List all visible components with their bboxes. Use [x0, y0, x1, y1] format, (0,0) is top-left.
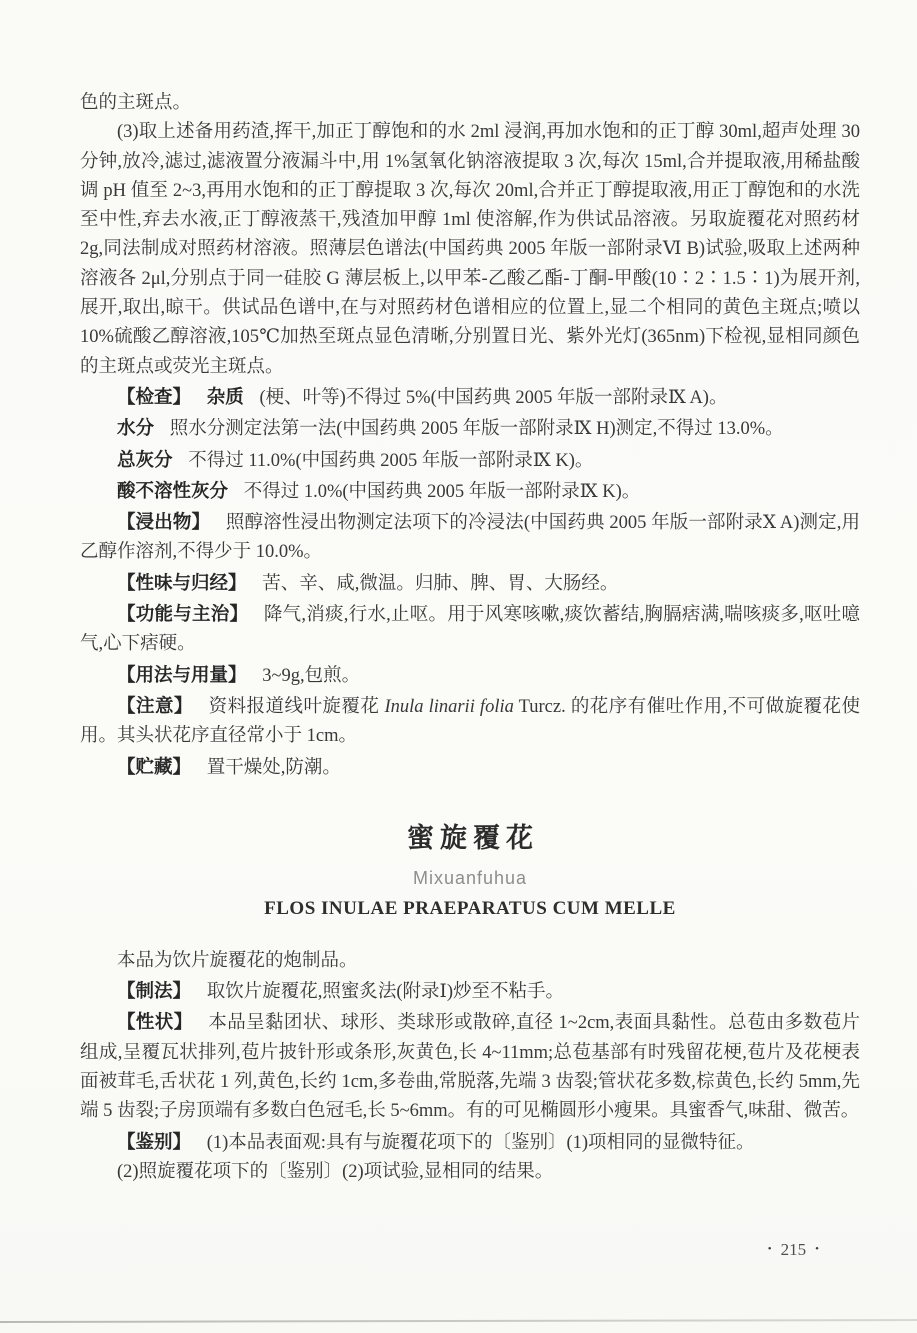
paragraph-inspection: 【检查】杂质(梗、叶等)不得过 5%(中国药典 2005 年版一部附录Ⅸ A)。 — [80, 382, 860, 413]
paragraph-description-intro: 本品为饮片旋覆花的炮制品。 — [80, 947, 860, 976]
section-label-extractives: 【浸出物】 — [117, 511, 210, 532]
total-ash-limit-text: 不得过 11.0%(中国药典 2005 年版一部附录Ⅸ K)。 — [188, 451, 593, 471]
paragraph-property-meridian: 【性味与归经】苦、辛、咸,微温。归肺、脾、胃、大肠经。 — [80, 568, 860, 599]
storage-text: 置干燥处,防潮。 — [207, 758, 341, 778]
paragraph-functions-indications: 【功能与主治】降气,消痰,行水,止呕。用于风寒咳嗽,痰饮蓄结,胸膈痞满,喘咳痰多… — [80, 599, 860, 660]
page-number: •215• — [759, 1240, 828, 1260]
paragraph-preparation-method: 【制法】取饮片旋覆花,照蜜炙法(附录Ⅰ)炒至不粘手。 — [80, 976, 860, 1007]
paragraph-total-ash: 总灰分不得过 11.0%(中国药典 2005 年版一部附录Ⅸ K)。 — [80, 445, 860, 476]
monograph-title-pinyin: Mixuanfuhua — [80, 867, 860, 889]
page-number-value: 215 — [781, 1240, 807, 1259]
monograph-header-mixuanfuhua: 蜜旋覆花 Mixuanfuhua FLOS INULAE PRAEPARATUS… — [80, 821, 860, 921]
monograph-title-chinese: 蜜旋覆花 — [80, 821, 860, 855]
paragraph-tlc-procedure: (3)取上述备用药渣,挥干,加正丁醇饱和的水 2ml 浸润,再加水饱和的正丁醇 … — [80, 118, 860, 382]
section-label-characteristics: 【性状】 — [117, 1011, 193, 1032]
paragraph-identification-1: 【鉴别】(1)本品表面观:具有与旋覆花项下的〔鉴别〕(1)项相同的显微特征。 — [80, 1127, 860, 1158]
characteristics-text: 本品呈黏团状、球形、类球形或散碎,直径 1~2cm,表面具黏性。总苞由多数苞片组… — [80, 1013, 860, 1121]
caution-latin-binomial: Inula linarii folia — [384, 697, 513, 717]
preparation-method-text: 取饮片旋覆花,照蜜炙法(附录Ⅰ)炒至不粘手。 — [207, 982, 564, 1002]
sub-label-moisture: 水分 — [117, 417, 154, 438]
section-label-property-meridian: 【性味与归经】 — [117, 572, 247, 593]
section-label-functions-indications: 【功能与主治】 — [117, 603, 248, 624]
section-label-caution: 【注意】 — [117, 695, 193, 716]
monograph-title-latin: FLOS INULAE PRAEPARATUS CUM MELLE — [80, 897, 860, 921]
paragraph-moisture: 水分照水分测定法第一法(中国药典 2005 年版一部附录Ⅸ H)测定,不得过 1… — [80, 413, 860, 444]
section-label-dosage: 【用法与用量】 — [117, 664, 247, 685]
sub-label-impurity: 杂质 — [207, 386, 244, 407]
paragraph-dosage: 【用法与用量】3~9g,包煎。 — [80, 660, 860, 691]
sub-label-acid-insoluble-ash: 酸不溶性灰分 — [117, 480, 228, 501]
page-content: 色的主斑点。 (3)取上述备用药渣,挥干,加正丁醇饱和的水 2ml 浸润,再加水… — [0, 0, 917, 1187]
footer-dot-right: • — [815, 1243, 819, 1255]
impurity-limit-text: (梗、叶等)不得过 5%(中国药典 2005 年版一部附录Ⅸ A)。 — [259, 388, 727, 408]
section-label-inspection: 【检查】 — [117, 386, 191, 407]
paragraph-spot-continuation: 色的主斑点。 — [80, 89, 860, 118]
dosage-text: 3~9g,包煎。 — [262, 666, 360, 686]
paragraph-characteristics: 【性状】本品呈黏团状、球形、类球形或散碎,直径 1~2cm,表面具黏性。总苞由多… — [80, 1007, 860, 1126]
paragraph-storage: 【贮藏】置干燥处,防潮。 — [80, 752, 860, 783]
paragraph-extractives: 【浸出物】照醇溶性浸出物测定法项下的冷浸法(中国药典 2005 年版一部附录Ⅹ … — [80, 507, 860, 568]
identification-item1-text: (1)本品表面观:具有与旋覆花项下的〔鉴别〕(1)项相同的显微特征。 — [207, 1133, 755, 1153]
paragraph-identification-2: (2)照旋覆花项下的〔鉴别〕(2)项试验,显相同的结果。 — [80, 1158, 860, 1187]
footer-dot-left: • — [768, 1243, 772, 1255]
section-label-storage: 【贮藏】 — [117, 756, 191, 777]
page-edge-scan-line — [0, 1319, 917, 1323]
paragraph-caution: 【注意】资料报道线叶旋覆花 Inula linarii folia Turcz.… — [80, 691, 860, 752]
moisture-limit-text: 照水分测定法第一法(中国药典 2005 年版一部附录Ⅸ H)测定,不得过 13.… — [170, 419, 784, 439]
section-label-identification: 【鉴别】 — [117, 1131, 191, 1152]
caution-text-before: 资料报道线叶旋覆花 — [209, 697, 385, 717]
sub-label-total-ash: 总灰分 — [117, 449, 173, 470]
section-label-preparation: 【制法】 — [117, 980, 191, 1001]
acid-insoluble-ash-limit-text: 不得过 1.0%(中国药典 2005 年版一部附录Ⅸ K)。 — [244, 482, 641, 502]
property-meridian-text: 苦、辛、咸,微温。归肺、脾、胃、大肠经。 — [262, 574, 618, 594]
scanned-book-page: 色的主斑点。 (3)取上述备用药渣,挥干,加正丁醇饱和的水 2ml 浸润,再加水… — [0, 0, 917, 1333]
paragraph-acid-insoluble-ash: 酸不溶性灰分不得过 1.0%(中国药典 2005 年版一部附录Ⅸ K)。 — [80, 476, 860, 507]
